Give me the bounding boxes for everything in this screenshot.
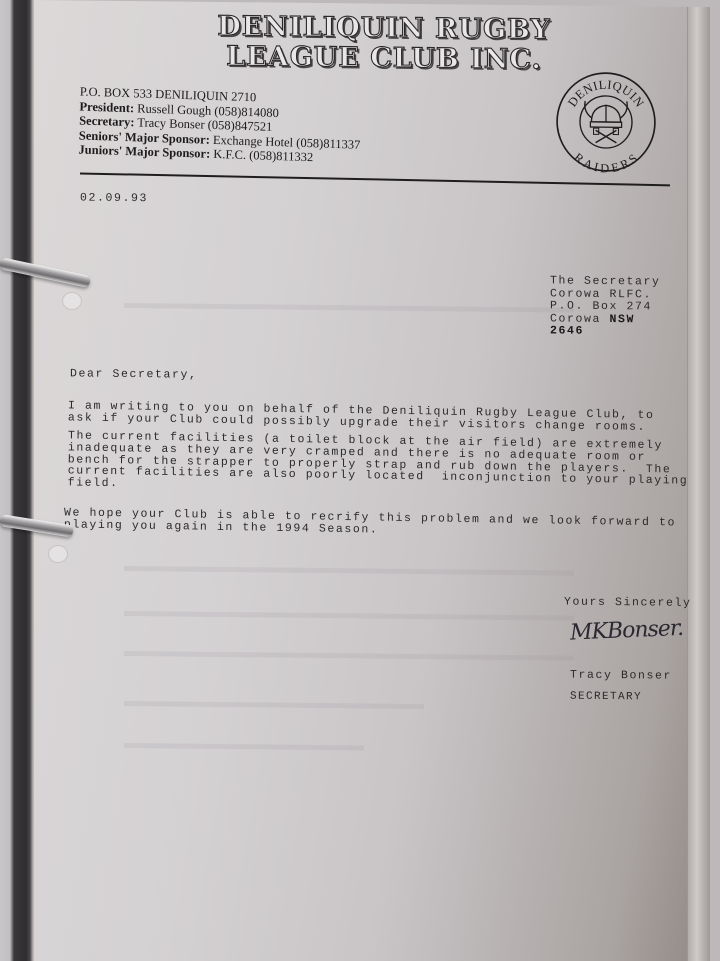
- recipient-postcode: 2646: [550, 325, 661, 339]
- letter-page: DENILIQUIN RUGBY LEAGUE CLUB INC. P.O. B…: [34, 0, 710, 961]
- salutation: Dear Secretary,: [70, 367, 198, 381]
- show-through-text: [124, 743, 364, 751]
- handwritten-signature: MKBonser.: [569, 616, 683, 646]
- show-through-text: [124, 651, 574, 661]
- body-paragraph-3: We hope your Club is able to recrify thi…: [64, 507, 704, 541]
- punch-hole: [62, 292, 82, 310]
- svg-text:RAIDERS: RAIDERS: [571, 150, 641, 174]
- signer-name: Tracy Bonser: [570, 669, 672, 683]
- show-through-text: [124, 701, 424, 709]
- punch-hole: [48, 545, 68, 563]
- club-name-heading: DENILIQUIN RUGBY LEAGUE CLUB INC.: [204, 12, 564, 76]
- signer-title: SECRETARY: [570, 691, 642, 704]
- viking-helmet-crest-icon: DENILIQUIN RAIDERS: [554, 69, 658, 174]
- show-through-text: [124, 611, 574, 621]
- show-through-text: [124, 566, 574, 576]
- club-name-line-2: LEAGUE CLUB INC.: [204, 42, 564, 76]
- letterhead-contacts: P.O. BOX 533 DENILIQUIN 2710 President: …: [78, 84, 361, 166]
- letter-date: 02.09.93: [80, 191, 148, 205]
- show-through-text: [124, 303, 574, 313]
- body-paragraph-2: The current facilities (a toilet block a…: [68, 430, 708, 500]
- body-paragraph-1: I am writing to you on behalf of the Den…: [68, 400, 708, 434]
- letterhead-divider: [80, 172, 670, 186]
- binder-spine: [0, 0, 36, 961]
- logo-bottom-text: RAIDERS: [571, 150, 641, 174]
- closing: Yours Sincerely: [564, 596, 692, 610]
